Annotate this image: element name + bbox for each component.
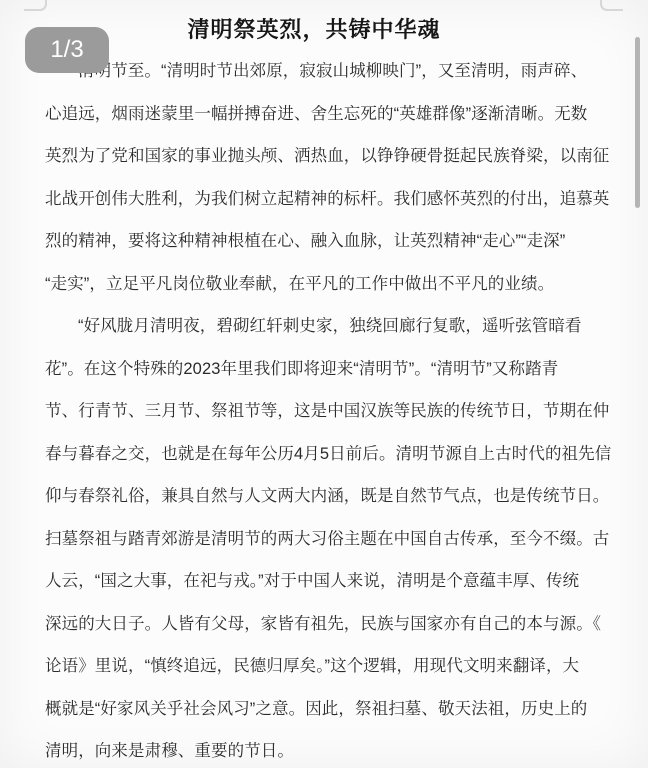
text-line: 论语》里说，“慎终追远，民德归厚矣。”这个逻辑，用现代文明来翻译，大	[45, 645, 608, 688]
text-line: 清明节至。“清明时节出郊原，寂寂山城柳映门”，又至清明，雨声碎、	[45, 50, 608, 93]
text-line: 心追远，烟雨迷蒙里一幅拼搏奋进、舍生忘死的“英雄群像”逐渐清晰。无数	[45, 93, 608, 136]
top-right-corner-mark	[600, 0, 623, 11]
text-line: “好风胧月清明夜，碧砌红轩刺史家，独绕回廊行复歌，遥听弦管暗看	[45, 305, 608, 348]
text-line: 深远的大日子。人皆有父母，家皆有祖先，民族与国家亦有自己的本与源。《	[45, 603, 608, 646]
text-line: 概就是“好家风关乎社会风习”之意。因此，祭祖扫墓、敬天法祖，历史上的	[45, 688, 608, 731]
text-line: 烈的精神，要将这种精神根植在心、融入血脉，让英烈精神“走心”“走深”	[45, 220, 608, 263]
page-number-badge: 1/3	[25, 27, 109, 73]
document-text-body: 清明节至。“清明时节出郊原，寂寂山城柳映门”，又至清明，雨声碎、心追远，烟雨迷蒙…	[45, 50, 608, 768]
text-line: 节、行青节、三月节、祭祖节等，这是中国汉族等民族的传统节日，节期在仲	[45, 390, 608, 433]
text-line: 人云，“国之大事，在祀与戎。”对于中国人来说，清明是个意蕴丰厚、传统	[45, 560, 608, 603]
text-line: 仰与春祭礼俗，兼具自然与人文两大内涵，既是自然节气点，也是传统节日。	[45, 475, 608, 518]
text-line: 北战开创伟大胜利，为我们树立起精神的标杆。我们感怀英烈的付出，追慕英	[45, 178, 608, 221]
text-line: 扫墓祭祖与踏青郊游是清明节的两大习俗主题在中国自古传承，至今不缀。古	[45, 518, 608, 561]
page-number-label: 1/3	[50, 36, 83, 64]
top-left-corner-mark	[24, 0, 47, 11]
text-line: 英烈为了党和国家的事业抛头颅、洒热血，以铮铮硬骨挺起民族脊梁，以南征	[45, 135, 608, 178]
scrollbar-thumb[interactable]	[635, 37, 640, 208]
text-line: 春与暮春之交，也就是在每年公历4月5日前后。清明节源自上古时代的祖先信	[45, 433, 608, 476]
text-line: “走实”，立足平凡岗位敬业奉献，在平凡的工作中做出不平凡的业绩。	[45, 263, 608, 306]
text-line: 花”。在这个特殊的2023年里我们即将迎来“清明节”。“清明节”又称踏青	[45, 348, 608, 391]
document-page: 清明祭英烈，共铸中华魂 1/3 清明节至。“清明时节出郊原，寂寂山城柳映门”，又…	[0, 0, 648, 768]
text-line: 清明，向来是肃穆、重要的节日。	[45, 730, 608, 768]
